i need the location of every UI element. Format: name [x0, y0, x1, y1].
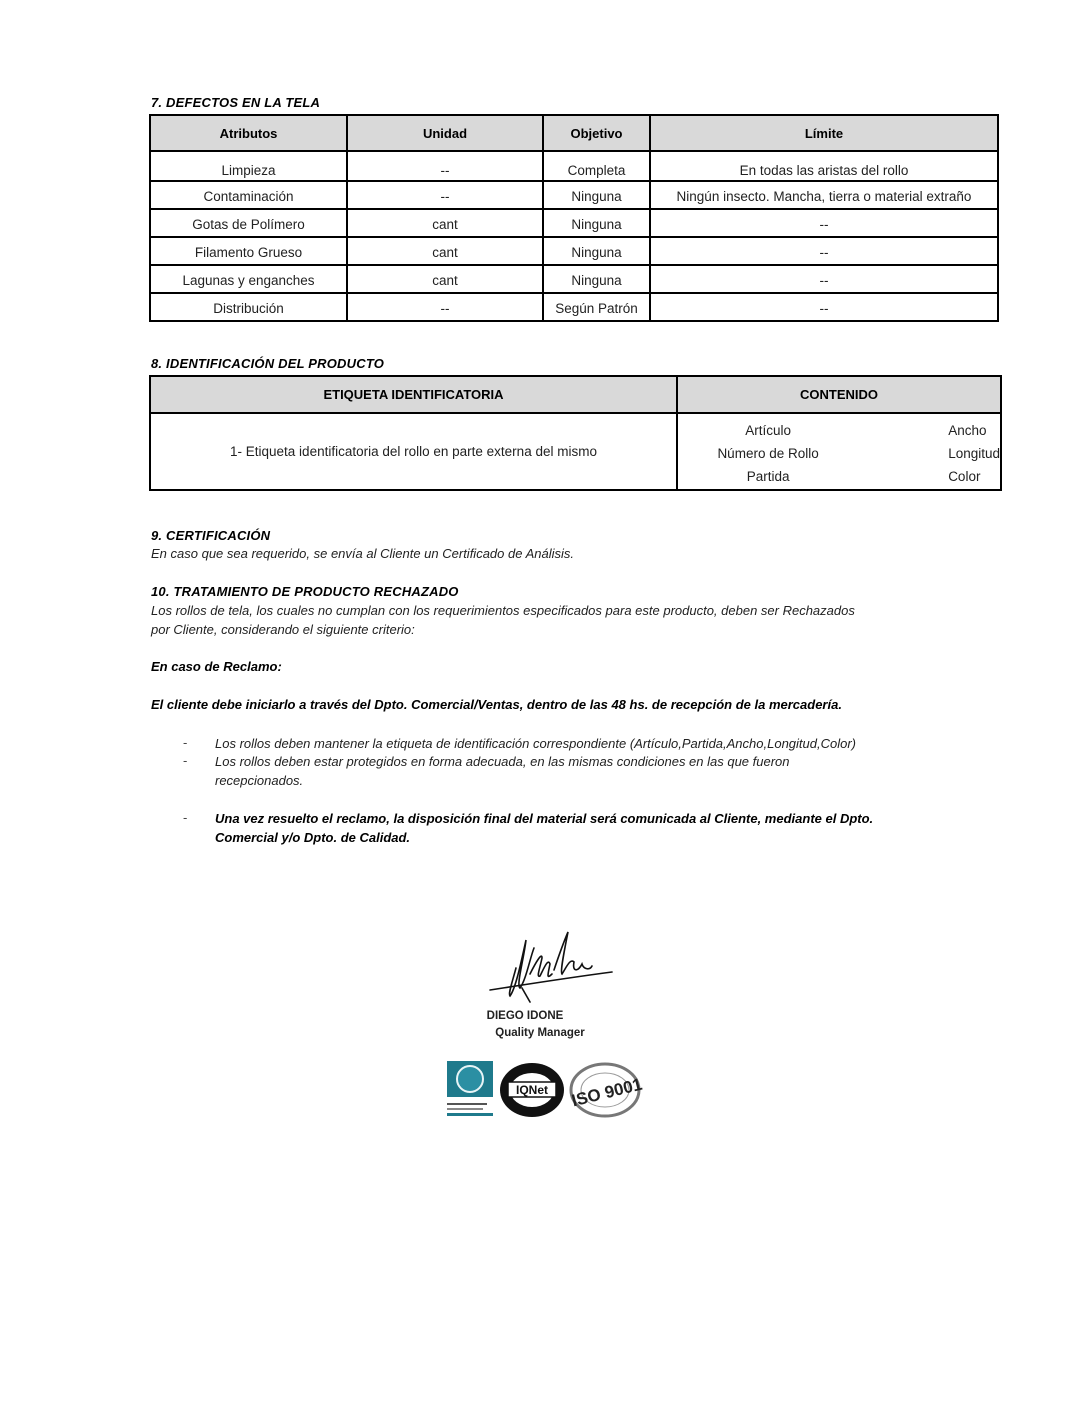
content-item: Ancho — [838, 421, 1000, 440]
section-9-title: 9. CERTIFICACIÓN — [151, 528, 270, 543]
svg-text:IQNet: IQNet — [516, 1083, 548, 1097]
cell-unidad: -- — [347, 293, 543, 321]
claim-heading: En caso de Reclamo: — [151, 659, 282, 674]
content-item: Color — [838, 467, 1000, 486]
table-row: Contaminación -- Ninguna Ningún insecto.… — [150, 181, 998, 209]
cell-unidad: cant — [347, 265, 543, 293]
column-header-objetivo: Objetivo — [543, 115, 650, 151]
defects-table-header: Atributos Unidad Objetivo Límite — [150, 115, 998, 151]
cell-unidad: -- — [347, 181, 543, 209]
content-cell: Artículo Ancho Número de Rollo Longitud … — [677, 413, 1001, 490]
content-item: Partida — [678, 467, 838, 486]
table-row: Limpieza -- Completa En todas las arista… — [150, 151, 998, 181]
table-row: Lagunas y enganches cant Ninguna -- — [150, 265, 998, 293]
bullet-protection-line2: recepcionados. — [215, 771, 955, 790]
cell-limite: En todas las aristas del rollo — [650, 151, 998, 181]
cell-atributo: Distribución — [150, 293, 347, 321]
cell-unidad: -- — [347, 151, 543, 181]
column-header-contenido: CONTENIDO — [677, 376, 1001, 413]
cell-limite: -- — [650, 237, 998, 265]
cell-objetivo: Ninguna — [543, 265, 650, 293]
signature-icon — [486, 928, 616, 1003]
cell-objetivo: Ninguna — [543, 237, 650, 265]
cell-unidad: cant — [347, 209, 543, 237]
content-item: Longitud — [838, 444, 1000, 463]
table-row: Distribución -- Según Patrón -- — [150, 293, 998, 321]
cell-objetivo: Ninguna — [543, 209, 650, 237]
table-row: 1- Etiqueta identificatoria del rollo en… — [150, 413, 1001, 490]
bullet-resolution-line1: Una vez resuelto el reclamo, la disposic… — [215, 809, 955, 828]
column-header-atributos: Atributos — [150, 115, 347, 151]
iso-9001-certified-badge: ISO 9001 — [567, 1061, 645, 1124]
cell-limite: Ningún insecto. Mancha, tierra o materia… — [650, 181, 998, 209]
cell-atributo: Limpieza — [150, 151, 347, 181]
table-row: Filamento Grueso cant Ninguna -- — [150, 237, 998, 265]
cell-objetivo: Completa — [543, 151, 650, 181]
product-identification-table: ETIQUETA IDENTIFICATORIA CONTENIDO 1- Et… — [149, 375, 1002, 491]
claim-instruction: El cliente debe iniciarlo a través del D… — [151, 697, 842, 712]
cell-limite: -- — [650, 265, 998, 293]
cell-atributo: Contaminación — [150, 181, 347, 209]
table-row: Gotas de Polímero cant Ninguna -- — [150, 209, 998, 237]
cell-limite: -- — [650, 209, 998, 237]
bullet-label-retention: Los rollos deben mantener la etiqueta de… — [215, 734, 955, 753]
cell-atributo: Lagunas y enganches — [150, 265, 347, 293]
cell-atributo: Gotas de Polímero — [150, 209, 347, 237]
defects-table: Atributos Unidad Objetivo Límite Limpiez… — [149, 114, 999, 322]
section-9-text: En caso que sea requerido, se envía al C… — [151, 545, 574, 563]
column-header-limite: Límite — [650, 115, 998, 151]
signatory-role: Quality Manager — [480, 1027, 600, 1039]
content-item: Artículo — [678, 421, 838, 440]
section-10-text-line2: por Cliente, considerando el siguiente c… — [151, 621, 415, 639]
content-items: Artículo Ancho Número de Rollo Longitud … — [678, 417, 1000, 486]
section-10-text-line1: Los rollos de tela, los cuales no cumpla… — [151, 602, 855, 620]
iram-quality-badge — [447, 1061, 493, 1119]
section-10-title: 10. TRATAMIENTO DE PRODUCTO RECHAZADO — [151, 584, 459, 599]
section-7-title: 7. DEFECTOS EN LA TELA — [151, 95, 320, 110]
cell-objetivo: Según Patrón — [543, 293, 650, 321]
bullet-dash: - — [183, 753, 187, 768]
iram-logo-icon — [447, 1061, 493, 1097]
cell-unidad: cant — [347, 237, 543, 265]
label-description-cell: 1- Etiqueta identificatoria del rollo en… — [150, 413, 677, 490]
signatory-name: DIEGO IDONE — [470, 1010, 580, 1022]
content-item: Número de Rollo — [678, 444, 838, 463]
bullet-protection-line1: Los rollos deben estar protegidos en for… — [215, 752, 955, 771]
cell-limite: -- — [650, 293, 998, 321]
bullet-dash: - — [183, 810, 187, 825]
column-header-unidad: Unidad — [347, 115, 543, 151]
identification-table-header: ETIQUETA IDENTIFICATORIA CONTENIDO — [150, 376, 1001, 413]
column-header-etiqueta: ETIQUETA IDENTIFICATORIA — [150, 376, 677, 413]
cell-objetivo: Ninguna — [543, 181, 650, 209]
iqnet-certified-badge: IQNet — [498, 1061, 566, 1124]
cell-atributo: Filamento Grueso — [150, 237, 347, 265]
bullet-resolution-line2: Comercial y/o Dpto. de Calidad. — [215, 828, 955, 847]
section-8-title: 8. IDENTIFICACIÓN DEL PRODUCTO — [151, 356, 384, 371]
bullet-dash: - — [183, 735, 187, 750]
